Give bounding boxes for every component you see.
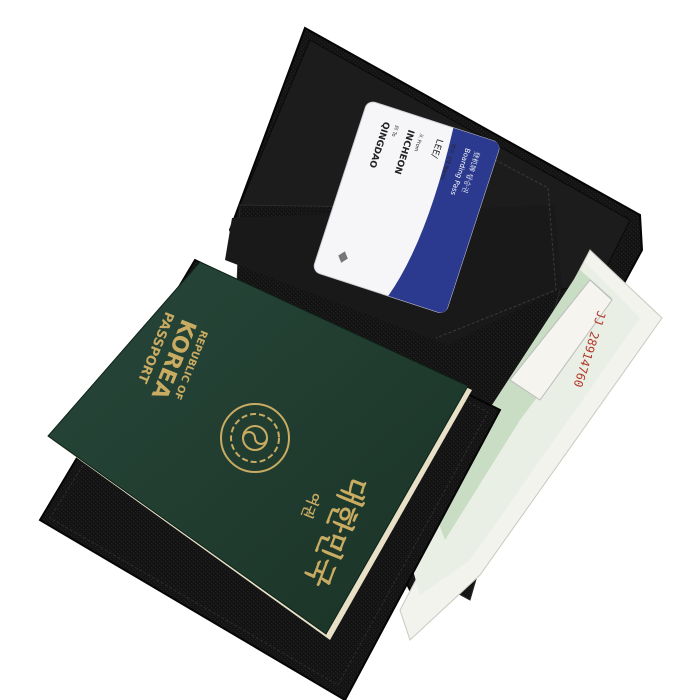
- product-photo: JJ 28914760 登机牌 탑승권 Boarding Pass 姓名 성명 …: [0, 0, 700, 700]
- national-emblem-icon: [221, 404, 289, 472]
- passport-wallet-illustration: JJ 28914760 登机牌 탑승권 Boarding Pass 姓名 성명 …: [0, 0, 700, 700]
